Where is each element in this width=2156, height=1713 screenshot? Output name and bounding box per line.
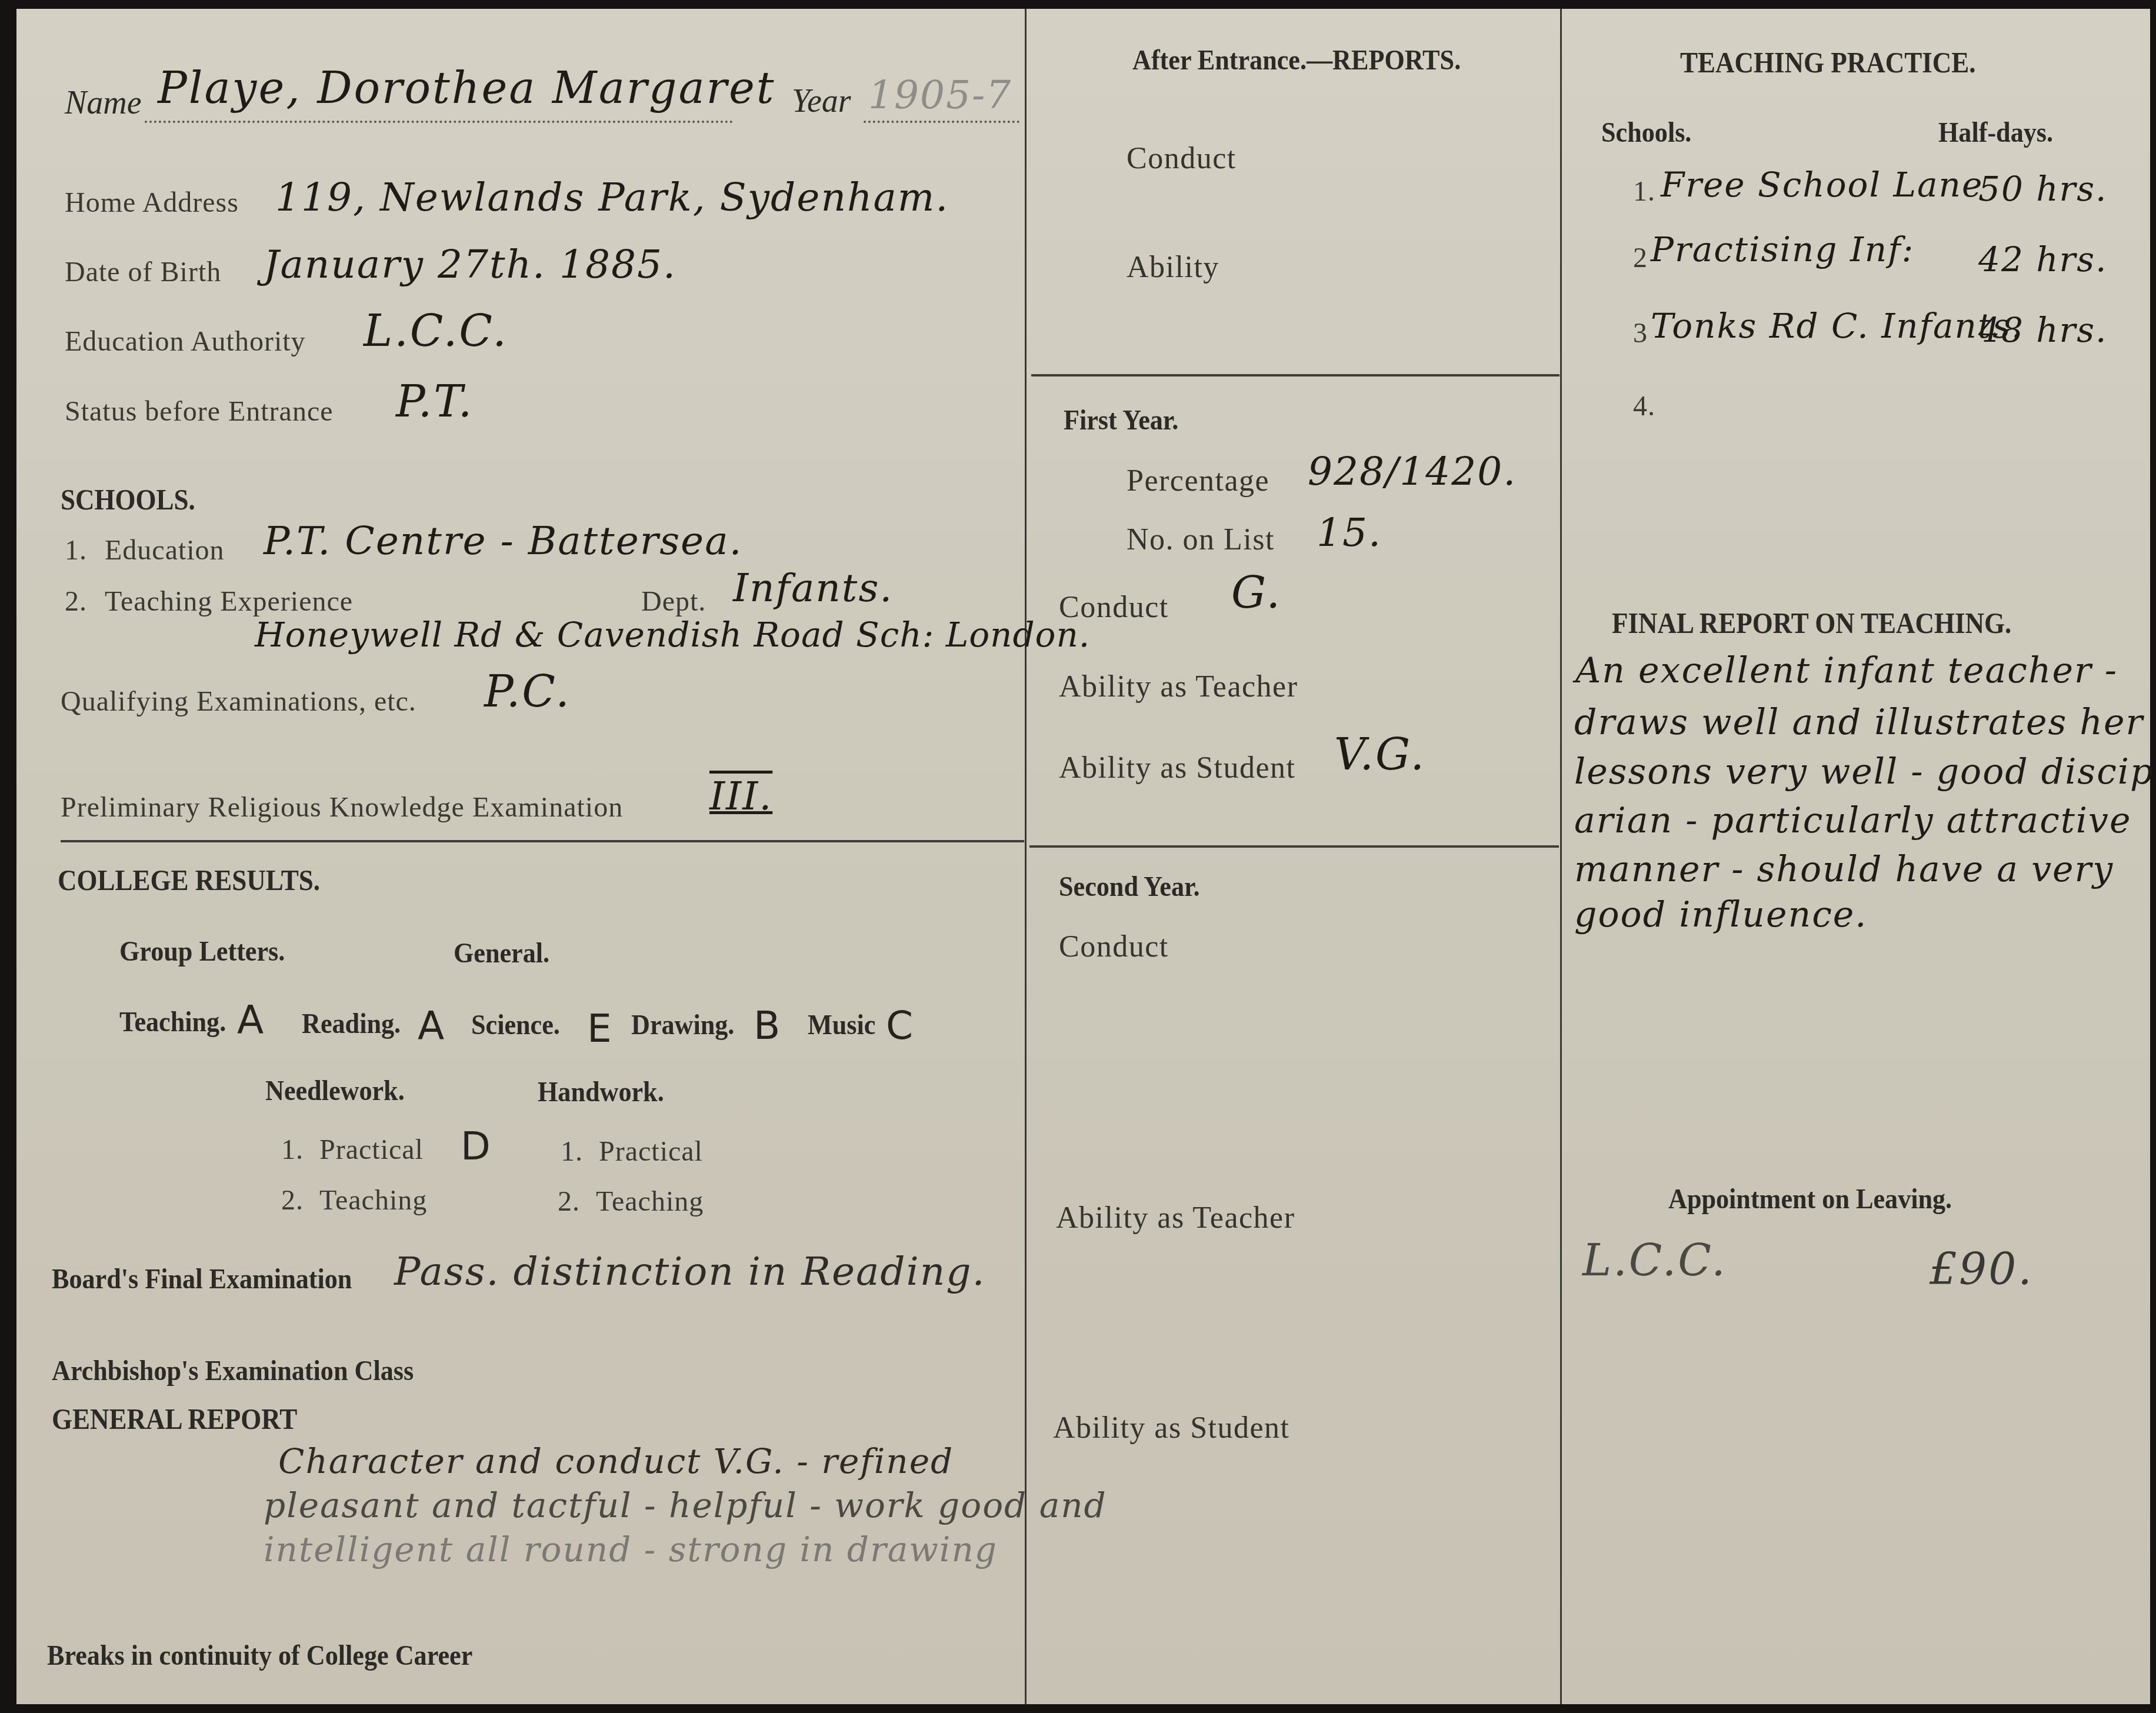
subject-teaching-label: Teaching. bbox=[119, 1006, 226, 1038]
year-label: Year bbox=[792, 82, 851, 120]
subject-teaching-grade: A bbox=[237, 997, 264, 1042]
status-label: Status before Entrance bbox=[65, 395, 333, 428]
record-card: Name Playe, Dorothea Margaret Year 1905-… bbox=[16, 9, 2150, 1704]
first-year-heading: First Year. bbox=[1064, 404, 1178, 436]
subject-reading-label: Reading. bbox=[302, 1008, 401, 1040]
list-value: 15. bbox=[1317, 510, 1382, 555]
final-report-line: An excellent infant teacher - bbox=[1575, 650, 2118, 691]
final-report-line: manner - should have a very bbox=[1574, 849, 2114, 890]
divider-first-year bbox=[1031, 374, 1559, 376]
needlework-practical-grade: D bbox=[461, 1124, 491, 1169]
practice-school: Free School Lane bbox=[1661, 165, 1983, 205]
handwork-practical-label: Practical bbox=[599, 1135, 703, 1168]
teaching-practice-heading: TEACHING PRACTICE. bbox=[1680, 45, 1976, 79]
practice-row-num: 4. bbox=[1633, 390, 1655, 422]
general-report-line: intelligent all round - strong in drawin… bbox=[264, 1529, 998, 1569]
reports-heading: After Entrance.—REPORTS. bbox=[1132, 44, 1461, 76]
column-divider-left bbox=[1025, 9, 1027, 1704]
practice-row-num: 1. bbox=[1633, 175, 1655, 208]
handwork-teaching-num: 2. bbox=[558, 1185, 580, 1218]
handwork-heading: Handwork. bbox=[538, 1076, 664, 1108]
needlework-teaching-num: 2. bbox=[281, 1184, 304, 1217]
needlework-practical-label: Practical bbox=[319, 1134, 424, 1166]
list-label: No. on List bbox=[1127, 522, 1275, 557]
subject-science-label: Science. bbox=[471, 1009, 560, 1041]
subject-reading-grade: A bbox=[418, 1003, 444, 1048]
column-divider-right bbox=[1560, 9, 1562, 1704]
final-report-line: good influence. bbox=[1574, 894, 1867, 935]
religious-label: Preliminary Religious Knowledge Examinat… bbox=[61, 791, 623, 824]
teaching-num: 2. bbox=[65, 585, 87, 618]
practice-halfdays: 48 hrs. bbox=[1978, 310, 2108, 350]
dob-value: January 27th. 1885. bbox=[264, 242, 677, 287]
subject-drawing-label: Drawing. bbox=[631, 1009, 734, 1041]
education-value: P.T. Centre - Battersea. bbox=[264, 518, 743, 564]
general-report-line: Character and conduct V.G. - refined bbox=[278, 1441, 954, 1481]
dob-label: Date of Birth bbox=[65, 256, 221, 288]
second-year-teacher-label: Ability as Teacher bbox=[1056, 1201, 1295, 1235]
qualifying-label: Qualifying Examinations, etc. bbox=[61, 685, 416, 718]
entrance-conduct-label: Conduct bbox=[1127, 141, 1237, 176]
divider-second-year bbox=[1029, 845, 1559, 848]
second-year-conduct-label: Conduct bbox=[1059, 929, 1169, 964]
final-report-line: lessons very well - good disciplin- bbox=[1574, 751, 2156, 792]
practice-halfdays: 42 hrs. bbox=[1978, 239, 2108, 279]
appointment-salary: £90. bbox=[1930, 1244, 2034, 1295]
final-report-line: draws well and illustrates her bbox=[1574, 702, 2144, 743]
religious-value: III. bbox=[709, 774, 772, 819]
divider-college-results bbox=[61, 840, 1024, 842]
name-value: Playe, Dorothea Margaret bbox=[158, 63, 776, 114]
practice-halfdays: 50 hrs. bbox=[1978, 169, 2108, 209]
college-results-heading: COLLEGE RESULTS. bbox=[58, 863, 320, 897]
appointment-authority: L.C.C. bbox=[1582, 1235, 1727, 1286]
archbishop-label: Archbishop's Examination Class bbox=[52, 1355, 414, 1387]
group-letters-label: Group Letters. bbox=[119, 935, 285, 968]
percentage-label: Percentage bbox=[1127, 464, 1269, 498]
halfdays-column-label: Half-days. bbox=[1938, 116, 2053, 149]
year-dotted-line bbox=[864, 121, 1019, 123]
education-authority-label: Education Authority bbox=[65, 325, 306, 358]
subject-music-grade: C bbox=[886, 1003, 913, 1048]
handwork-practical-num: 1. bbox=[561, 1135, 583, 1168]
year-value: 1905-7 bbox=[868, 72, 1012, 118]
home-address-value: 119, Newlands Park, Sydenham. bbox=[275, 175, 949, 220]
home-address-label: Home Address bbox=[65, 186, 239, 219]
needlework-heading: Needlework. bbox=[265, 1075, 405, 1107]
qualifying-value: P.C. bbox=[484, 666, 571, 717]
second-year-heading: Second Year. bbox=[1059, 871, 1200, 903]
first-year-student-label: Ability as Student bbox=[1059, 751, 1296, 785]
subject-science-grade: E bbox=[587, 1006, 612, 1051]
entrance-ability-label: Ability bbox=[1127, 250, 1219, 285]
dept-label: Dept. bbox=[641, 585, 706, 618]
schools-heading: SCHOOLS. bbox=[61, 482, 195, 516]
teaching-experience-value: Honeywell Rd & Cavendish Road Sch: Londo… bbox=[255, 615, 1090, 655]
practice-row-num: 2 bbox=[1633, 242, 1648, 274]
needlework-teaching-label: Teaching bbox=[319, 1184, 427, 1217]
subject-drawing-grade: B bbox=[754, 1003, 780, 1048]
final-report-heading: FINAL REPORT ON TEACHING. bbox=[1612, 606, 2011, 640]
status-value: P.T. bbox=[396, 376, 474, 427]
boards-final-value: Pass. distinction in Reading. bbox=[394, 1249, 985, 1294]
appointment-heading: Appointment on Leaving. bbox=[1668, 1183, 1952, 1215]
general-label: General. bbox=[454, 937, 549, 969]
final-report-line: arian - particularly attractive bbox=[1574, 800, 2131, 841]
first-year-conduct-value: G. bbox=[1231, 568, 1282, 618]
education-authority-value: L.C.C. bbox=[364, 306, 508, 356]
boards-final-label: Board's Final Examination bbox=[52, 1263, 352, 1295]
first-year-conduct-label: Conduct bbox=[1059, 590, 1169, 625]
needlework-practical-num: 1. bbox=[281, 1134, 304, 1166]
education-num: 1. bbox=[65, 534, 87, 566]
schools-column-label: Schools. bbox=[1601, 116, 1691, 149]
practice-row-num: 3 bbox=[1633, 317, 1648, 349]
general-report-heading: GENERAL REPORT bbox=[52, 1402, 297, 1436]
teaching-experience-label: Teaching Experience bbox=[105, 585, 353, 618]
breaks-label: Breaks in continuity of College Career bbox=[47, 1639, 472, 1672]
practice-school: Tonks Rd C. Infants. bbox=[1651, 306, 2023, 346]
dept-value: Infants. bbox=[733, 565, 893, 611]
first-year-teacher-label: Ability as Teacher bbox=[1059, 669, 1298, 704]
subject-music-label: Music bbox=[808, 1009, 875, 1041]
name-dotted-line bbox=[145, 121, 733, 123]
name-label: Name bbox=[65, 84, 142, 122]
general-report-line: pleasant and tactful - helpful - work go… bbox=[264, 1485, 1107, 1525]
percentage-value: 928/1420. bbox=[1308, 449, 1517, 494]
practice-school: Practising Inf: bbox=[1651, 229, 1914, 269]
handwork-teaching-label: Teaching bbox=[596, 1185, 704, 1218]
education-label: Education bbox=[105, 534, 225, 566]
second-year-student-label: Ability as Student bbox=[1053, 1411, 1290, 1445]
first-year-student-value: V.G. bbox=[1334, 729, 1426, 780]
